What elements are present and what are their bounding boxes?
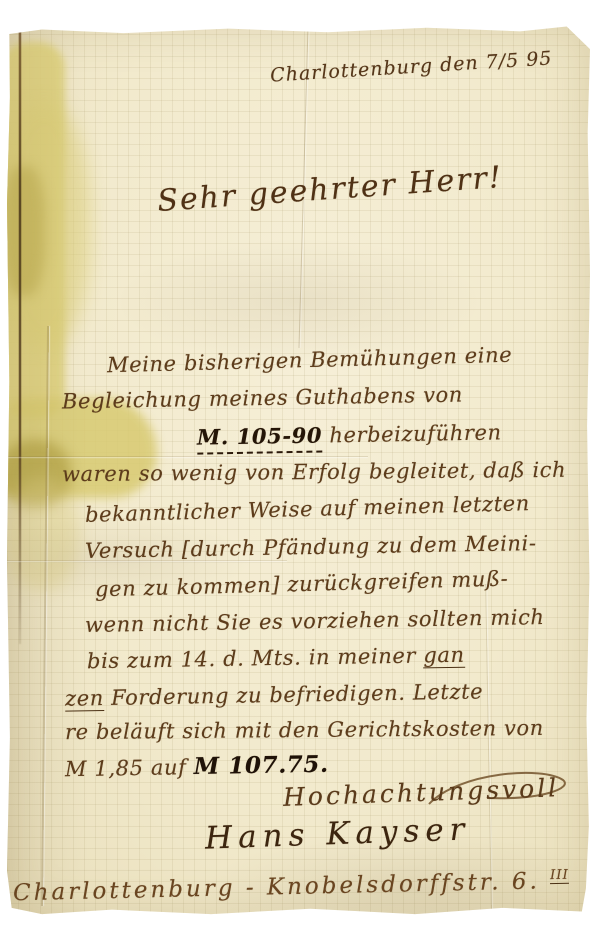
crease-horizontal-1	[7, 456, 368, 457]
body-line-11: re beläuft sich mit den Gerichtskosten v…	[65, 716, 544, 744]
tape-stain-bulge	[0, 104, 91, 348]
address-floor: III	[550, 868, 569, 884]
body-line-9-underlined: gan	[423, 643, 465, 669]
total-amount: M 107.75.	[193, 751, 328, 780]
body-line-12: M 1,85 auf M 107.75.	[65, 751, 329, 783]
body-line-9: bis zum 14. d. Mts. in meiner gan	[87, 643, 465, 674]
body-line-2: Begleichung meines Guthabens von	[62, 383, 463, 414]
letter-paper: Charlottenburg den 7/5 95 Sehr geehrter …	[7, 26, 590, 915]
court-costs: M 1,85 auf	[65, 755, 194, 781]
tape-stain-dark-top	[3, 166, 45, 296]
body-line-3-rest: herbeizuführen	[322, 420, 502, 447]
closing: Hochachtungsvoll	[283, 773, 560, 812]
signature: Hans Kayser	[204, 811, 471, 856]
body-line-6: Versuch [durch Pfändung zu dem Meini-	[85, 531, 537, 563]
letter-scan: Charlottenburg den 7/5 95 Sehr geehrter …	[0, 0, 616, 950]
body-line-5: bekanntlicher Weise auf meinen letzten	[85, 491, 530, 527]
body-line-1: Meine bisherigen Bemühungen eine	[107, 343, 513, 378]
body-line-7: gen zu kommen] zurückgreifen muß-	[95, 567, 509, 602]
body-line-10-rest: Forderung zu befriedigen. Letzte	[104, 679, 484, 710]
crease-left	[41, 326, 49, 906]
tape-stain-tail	[5, 478, 79, 590]
tape-stain-strip	[1, 42, 65, 418]
salutation: Sehr geehrter Herr!	[156, 160, 504, 219]
amount-due: M. 105-90	[197, 422, 323, 454]
body-line-9-pre: bis zum 14. d. Mts. in meiner	[87, 643, 424, 673]
dateline: Charlottenburg den 7/5 95	[270, 47, 553, 86]
body-line-8: wenn nicht Sie es vorziehen sollten mich	[85, 605, 545, 637]
tape-stain-dark-mid	[0, 440, 71, 508]
body-line-10: zen Forderung zu befriedigen. Letzte	[65, 679, 484, 710]
body-line-10-underlined: zen	[65, 686, 104, 712]
body-line-4: waren so wenig von Erfolg begleitet, daß…	[62, 458, 566, 486]
crease-right	[485, 584, 492, 910]
address-line: Charlottenburg - Knobelsdorffstr. 6. III	[13, 868, 569, 907]
fold-line	[19, 30, 21, 644]
address-text: Charlottenburg - Knobelsdorffstr. 6.	[13, 868, 540, 906]
body-line-3: M. 105-90 herbeizuführen	[197, 419, 502, 449]
